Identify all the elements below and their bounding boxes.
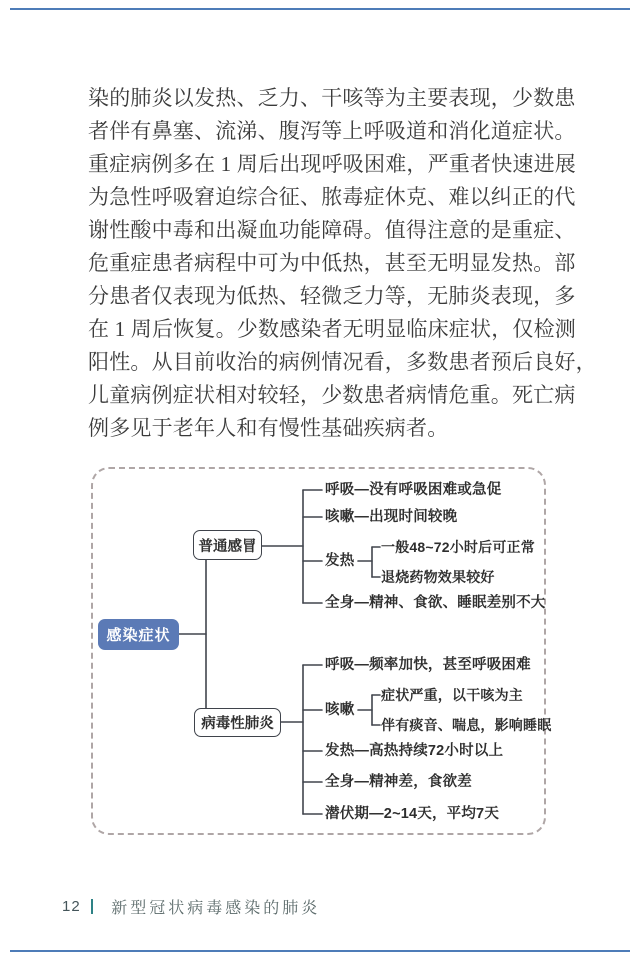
page-border-bottom	[10, 950, 630, 952]
pneumonia-breath-row: 呼吸—频率加快，甚至呼吸困难	[325, 656, 531, 674]
body-text-line: 危重症患者病程中可为中低热，甚至无明显发热。部	[88, 247, 588, 280]
pneumonia-cough-sub2: 伴有痰音、喘息，影响睡眠	[381, 716, 551, 734]
body-text-line: 染的肺炎以发热、乏力、干咳等为主要表现，少数患	[88, 82, 588, 115]
footer-divider-bar	[91, 899, 94, 914]
body-text-line: 阳性。从目前收治的病例情况看，多数患者预后良好，	[88, 346, 588, 379]
cold-systemic-row: 全身—精神、食欲、睡眠差别不大	[325, 594, 546, 612]
root-node-infection-symptoms: 感染症状	[98, 619, 179, 650]
book-page: 染的肺炎以发热、乏力、干咳等为主要表现，少数患 者伴有鼻塞、流涕、腹泻等上呼吸道…	[0, 0, 640, 960]
body-text-line: 为急性呼吸窘迫综合征、脓毒症休克、难以纠正的代	[88, 181, 588, 214]
book-title: 新型冠状病毒感染的肺炎	[111, 895, 320, 918]
pneumonia-cough-sub1: 症状严重，以干咳为主	[381, 686, 523, 704]
page-border-top	[10, 8, 630, 10]
pneumonia-systemic-row: 全身—精神差，食欲差	[325, 773, 472, 791]
body-text-line: 者伴有鼻塞、流涕、腹泻等上呼吸道和消化道症状。	[88, 115, 588, 148]
cold-breath-row: 呼吸—没有呼吸困难或急促	[325, 481, 501, 499]
pneumonia-fever-row: 发热—高热持续72小时以上	[325, 742, 503, 760]
cold-cough-row: 咳嗽—出现时间较晚	[325, 508, 457, 526]
page-number: 12	[62, 898, 81, 915]
body-text-line: 例多见于老年人和有慢性基础疾病者。	[88, 412, 588, 445]
page-footer: 12 新型冠状病毒感染的肺炎	[62, 896, 320, 916]
cold-fever-sub2: 退烧药物效果较好	[381, 568, 495, 586]
body-text-line: 在 1 周后恢复。少数感染者无明显临床症状，仅检测	[88, 313, 588, 346]
cold-fever-sub1: 一般48~72小时后可正常	[381, 538, 535, 556]
body-text-line: 重症病例多在 1 周后出现呼吸困难，严重者快速进展	[88, 148, 588, 181]
body-text-line: 儿童病例症状相对较轻，少数患者病情危重。死亡病	[88, 379, 588, 412]
pneumonia-cough-label: 咳嗽	[325, 701, 354, 719]
pneumonia-incubation-row: 潜伏期—2~14天，平均7天	[325, 805, 499, 823]
cold-fever-label: 发热	[325, 552, 354, 570]
body-text-line: 谢性酸中毒和出凝血功能障碍。值得注意的是重症、	[88, 214, 588, 247]
body-paragraph: 染的肺炎以发热、乏力、干咳等为主要表现，少数患 者伴有鼻塞、流涕、腹泻等上呼吸道…	[88, 82, 588, 445]
symptom-diagram-border	[91, 467, 546, 835]
node-viral-pneumonia: 病毒性肺炎	[194, 708, 281, 737]
node-common-cold: 普通感冒	[193, 530, 262, 560]
body-text-line: 分患者仅表现为低热、轻微乏力等，无肺炎表现，多	[88, 280, 588, 313]
